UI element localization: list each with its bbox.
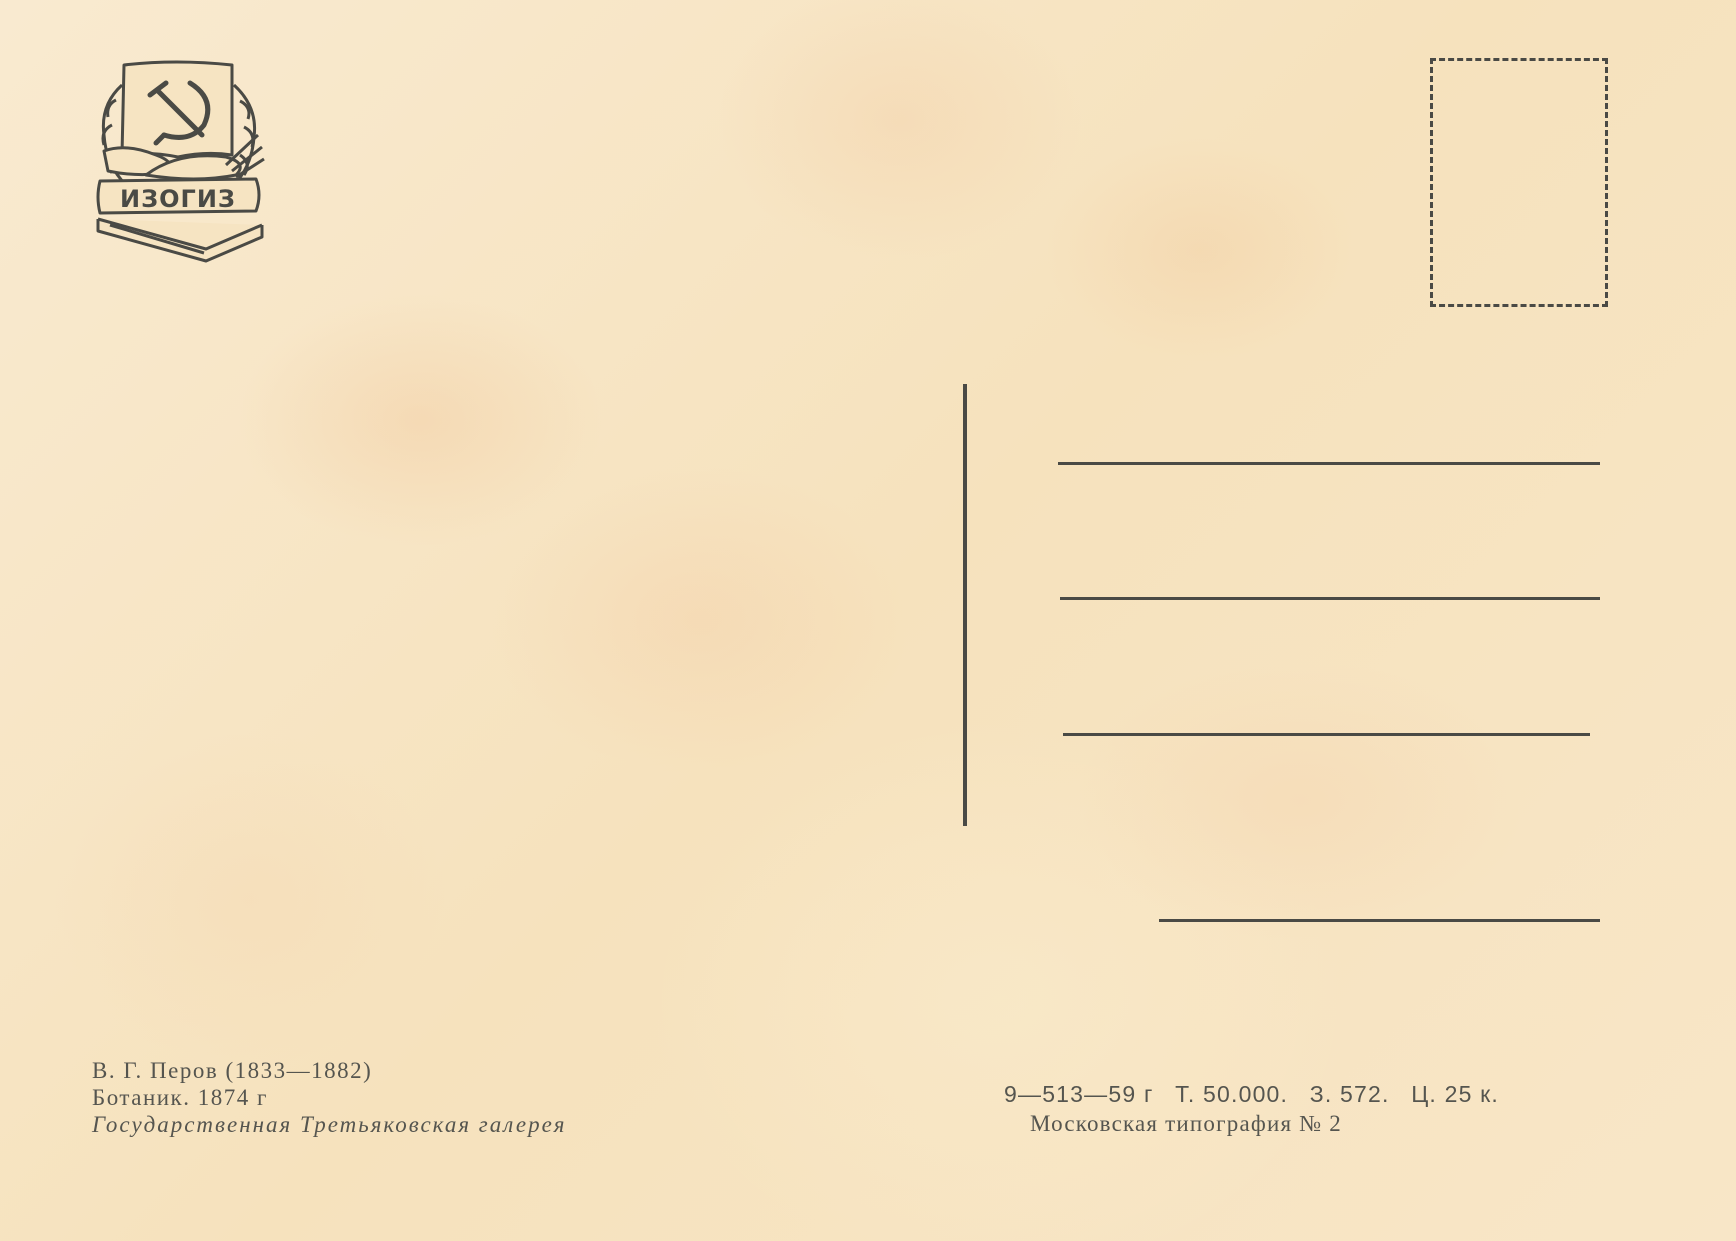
price: Ц. 25 к. [1411, 1081, 1499, 1107]
artist-name: В. Г. Перов (1833—1882) [92, 1057, 566, 1084]
artwork-title: Ботаник. 1874 г [92, 1084, 566, 1111]
address-line-1 [1058, 462, 1600, 465]
address-line-4 [1159, 919, 1600, 922]
stamp-placement-box [1430, 58, 1608, 307]
svg-text:ИЗОГИЗ: ИЗОГИЗ [120, 185, 236, 213]
print-run: Т. 50.000. [1175, 1081, 1288, 1107]
print-imprint: 9—513—59 г Т. 50.000. З. 572. Ц. 25 к. М… [1004, 1080, 1513, 1138]
print-order-code: 9—513—59 г [1004, 1081, 1154, 1107]
artwork-caption: В. Г. Перов (1833—1882) Ботаник. 1874 г … [92, 1057, 566, 1138]
izogiz-logo: ИЗОГИЗ [86, 55, 270, 263]
address-line-2 [1060, 597, 1600, 600]
message-address-divider [963, 384, 967, 826]
printer-name: Московская типография № 2 [1004, 1109, 1513, 1138]
museum-collection: Государственная Третьяковская галерея [92, 1111, 566, 1138]
print-info-line: 9—513—59 г Т. 50.000. З. 572. Ц. 25 к. [1004, 1080, 1513, 1109]
address-line-3 [1063, 733, 1590, 736]
order-number: З. 572. [1310, 1081, 1390, 1107]
